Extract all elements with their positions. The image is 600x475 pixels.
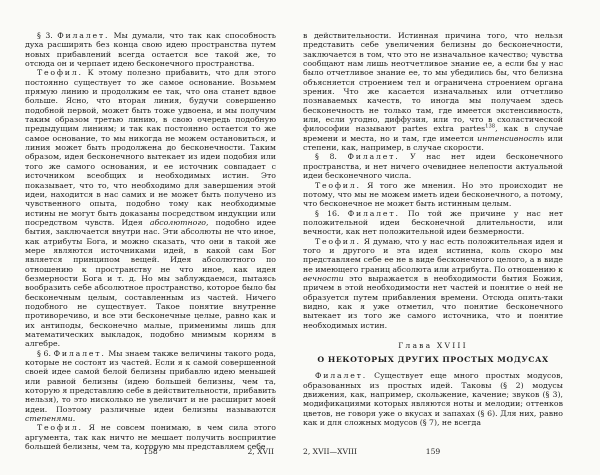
book-spread: § 3. Филалет. Мы думали, что так как спо… [0,0,600,475]
text-segment: Филалет. [57,31,109,40]
text-segment: . [73,414,75,423]
text-segment: степенями [25,414,73,423]
text-segment: интенсивность [477,134,544,143]
text-segment: Теофил. [315,181,361,190]
paragraph: § 16. Филалет. По той же причине у нас н… [303,209,563,237]
right-paragraphs-after-chapter: Филалет. Существует еще много простых мо… [303,371,563,427]
text-segment: абсолютного [150,218,206,227]
text-segment: Филалет. [54,349,106,358]
page-right-text: в действительности. Истинная причина тог… [303,31,563,427]
text-segment: Мы знаем также величины такого рода, кот… [25,349,276,414]
page-left-text: § 3. Филалет. Мы думали, что так как спо… [25,31,276,451]
paragraph: § 3. Филалет. Мы думали, что так как спо… [25,31,276,68]
text-segment: Теофил. [37,68,83,77]
paragraph: Филалет. Существует еще много простых мо… [303,371,563,427]
text-segment: , подобно идее бытия, заключается внутри… [25,218,276,348]
text-segment: вечности [303,274,344,283]
text-segment: § 6. [37,349,54,358]
left-page-footer: 158 2, XVII [25,447,276,459]
right-page-footer: 2, XVII—XVIII 159 [303,447,563,459]
paragraph: Теофил. К этому полезно прибавить, что д… [25,68,276,348]
text-segment: § 8. [315,152,347,161]
paragraph: в действительности. Истинная причина тог… [303,31,563,152]
text-segment: Филалет. [347,152,399,161]
text-segment: 138 [485,124,495,130]
text-segment: § 3. [37,31,57,40]
text-segment: Филалет. [315,371,367,380]
paragraph: Теофил. Я думаю, что у нас есть положите… [303,237,563,330]
text-segment: К этому полезно прибавить, что для этого… [25,68,276,227]
text-segment: Теофил. [315,237,361,246]
paragraph: § 8. Филалет. У нас нет идеи бесконечног… [303,152,563,180]
text-segment: Теофил. [37,423,83,432]
text-segment: Филалет. [348,209,400,218]
right-page-number: 159 [303,447,563,457]
text-segment: § 16. [315,209,348,218]
left-page-number: 158 [25,447,276,457]
chapter-title: О НЕКОТОРЫХ ДРУГИХ ПРОСТЫХ МОДУСАХ [303,355,563,364]
left-running-reference: 2, XVII [247,447,274,457]
chapter-number: Глава XVIII [303,341,563,350]
text-segment: в действительности. Истинная причина тог… [303,31,563,133]
chapter-heading: Глава XVIII О НЕКОТОРЫХ ДРУГИХ ПРОСТЫХ М… [303,341,563,364]
paragraph: Теофил. Я того же мнения. Но это происхо… [303,181,563,209]
left-paragraphs: § 3. Филалет. Мы думали, что так как спо… [25,31,276,451]
paragraph: § 6. Филалет. Мы знаем также величины та… [25,349,276,424]
right-paragraphs-before-chapter: в действительности. Истинная причина тог… [303,31,563,330]
